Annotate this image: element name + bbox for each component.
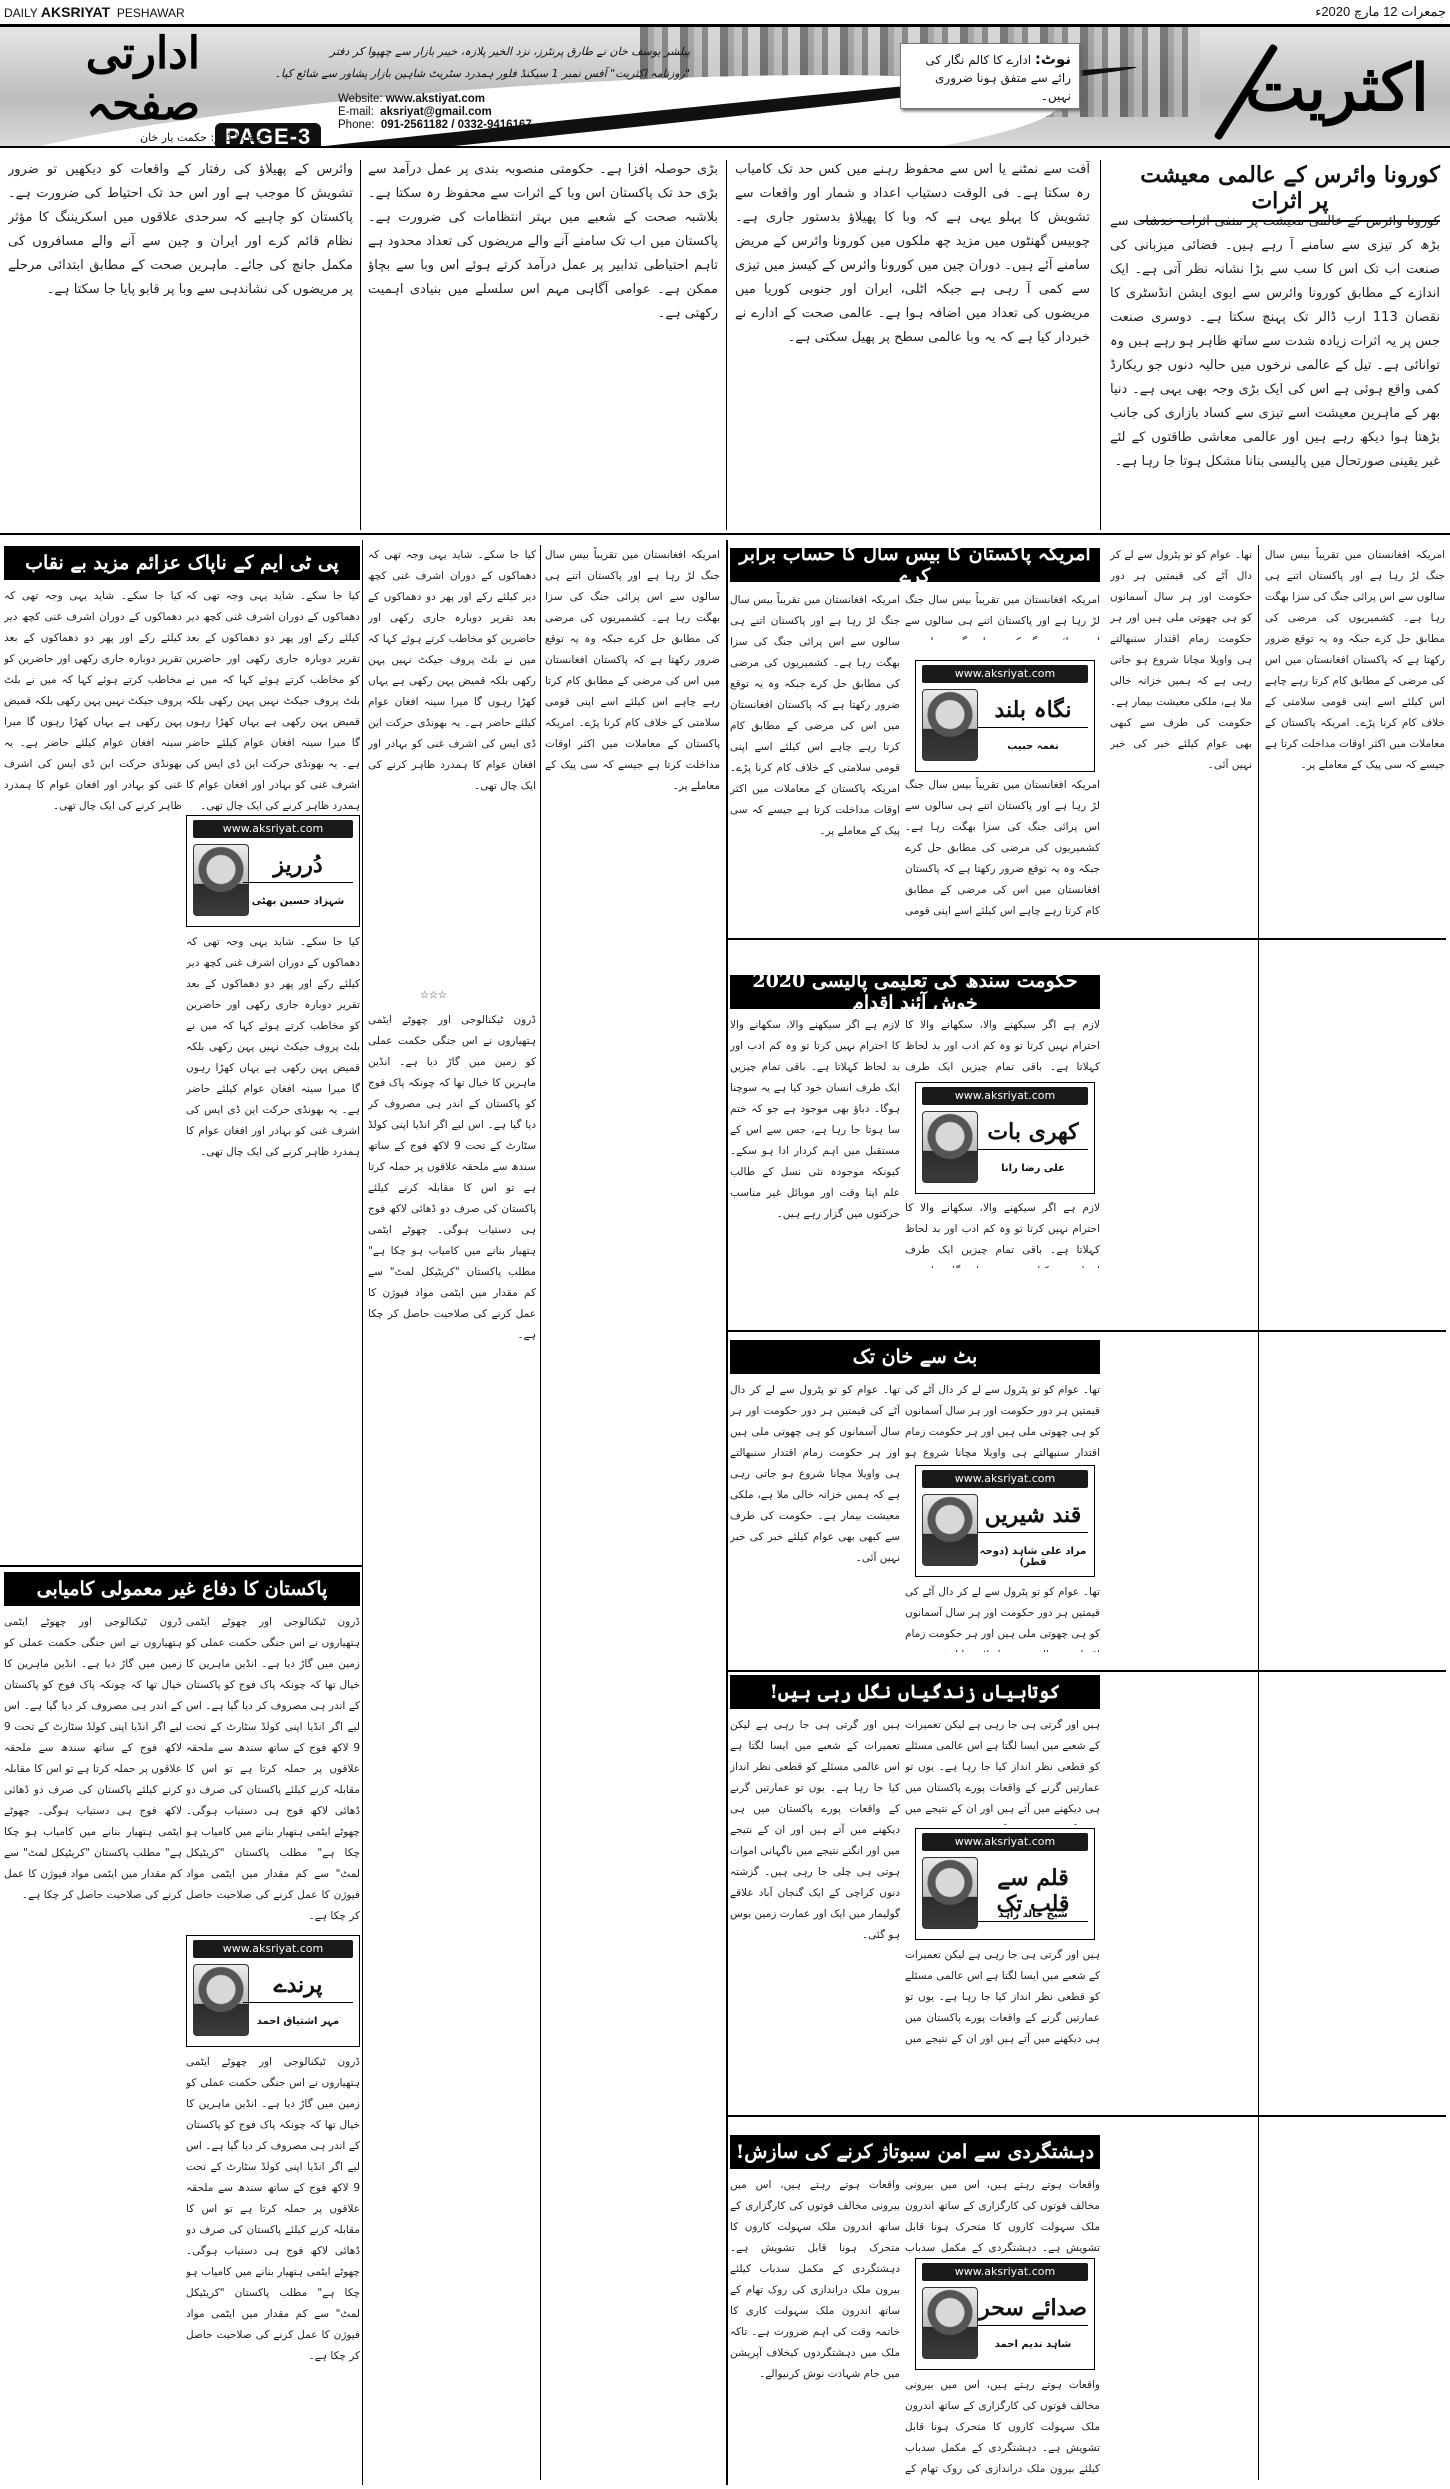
website-banner: www.aksriyat.com [193,820,353,838]
publisher-info: پبلشر یوسف خان نے طارق پرنٹرز، نزد الخیر… [250,41,690,85]
article-dehshat-text-b: واقعات ہوتے رہتے ہیں، اس میں بیرونی مخال… [905,2175,1100,2255]
disclaimer-note: نوٹ: ادارے کا کالم نگار کی رائے سے متفق … [900,43,1080,109]
email-link[interactable]: aksriyat@gmail.com [380,106,492,118]
section-divider [726,2115,1446,2117]
column-card-durr-rez: www.aksriyat.com دُرریز شہزاد حسین بھٹی [186,815,360,927]
section-divider [726,938,1446,940]
lead-column-3: بڑی حوصلہ افزا ہے۔ حکومتی منصوبہ بندی پر… [368,158,718,530]
article-ptm-text-b: کیا جا سکے۔ شاید یہی وجہ تھی کہ دھماکوں … [186,586,360,811]
section-divider [0,1565,362,1567]
article-ptm-text-c: کیا جا سکے۔ شاید یہی وجہ تھی کہ دھماکوں … [186,932,360,1547]
continuation-column-right: امریکہ افغانستان میں تقریباً بیس سال جنگ… [1265,545,1445,2480]
article-dehshat-text-a: واقعات ہوتے رہتے ہیں، اس میں بیرونی مخال… [730,2175,900,2480]
column-card-nigah-buland: www.aksriyat.com نگاہ بلند نغمہ حبیب [915,660,1095,772]
column-name: دُرریز [243,852,353,883]
author-name: شہزاد حسین بھٹی [243,896,353,907]
email-label: E-mail: [338,106,374,118]
publisher-line-1: پبلشر یوسف خان نے طارق پرنٹرز، نزد الخیر… [250,41,690,63]
headline-dehshatgardi: دہشتگردی سے امن سبوتاژ کرنے کی سازش! [730,2135,1100,2169]
article-butt-text-c: تھا۔ عوام کو تو پٹرول سے لے کر دال آٹے ک… [905,1582,1100,1652]
issue-date: جمعرات 12 مارچ 2020ء [1315,4,1446,20]
author-name: شیخ خالد زاہد [978,1909,1088,1920]
website-banner: www.aksriyat.com [922,1470,1088,1488]
article-defence-text-b: ڈرون ٹیکنالوجی اور چھوٹے ایٹمی ہتھیاروں … [186,1612,360,1932]
section-divider [726,1330,1446,1332]
column-card-qand-shireen: www.aksriyat.com قند شیریں مراد علی شاہد… [915,1465,1095,1577]
website-banner: www.aksriyat.com [922,665,1088,683]
author-photo [922,1111,978,1183]
continuation-column-mid-a: امریکہ افغانستان میں تقریباً بیس سال جنگ… [545,545,720,2480]
lead-column-4: وائرس کے پھیلاؤ کی رفتار کے واقعات کو دی… [8,158,353,530]
column-name: کھری بات [978,1119,1088,1150]
website-banner: www.aksriyat.com [922,2263,1088,2281]
paper-identity: DAILY AKSRIYAT PESHAWAR [4,4,185,20]
headline-america-pakistan: امریکہ پاکستان کا بیس سال کا حساب برابر … [730,548,1100,582]
city-label: PESHAWAR [117,6,185,20]
article-sindh-text-b: لازم ہے اگر سیکھنے والا، سکھانے والا کا … [905,1015,1100,1075]
top-line: DAILY AKSRIYAT PESHAWAR جمعرات 12 مارچ 2… [0,0,1450,24]
author-photo [193,844,249,916]
headline-ptm: پی ٹی ایم کے ناپاک عزائم مزید بے نقاب [4,546,360,580]
author-name: علی رضا رانا [978,1163,1088,1174]
note-label: نوٹ: [1035,50,1071,68]
column-card-khari-baat: www.aksriyat.com کھری بات علی رضا رانا [915,1082,1095,1194]
website-banner: www.aksriyat.com [922,1833,1088,1851]
phone-number: 091-2561182 / 0332-9416167 [381,119,532,131]
website-banner: www.aksriyat.com [193,1940,353,1958]
section-stars: ☆☆☆ [420,990,447,1001]
article-kotahiyan-text-a: ہیں اور گرتی ہی جا رہی ہے لیکن تعمیرات ک… [730,1715,900,2050]
column-divider [540,545,541,2480]
chief-editor: چیف ایڈیٹر: حکمت یار خان [140,131,264,144]
author-name: مراد علی شاہد (دوحہ قطر) [978,1546,1088,1568]
article-butt-text-b: تھا۔ عوام کو تو پٹرول سے لے کر دال آٹے ک… [905,1380,1100,1460]
author-photo [193,1964,249,2036]
column-card-parinday: www.aksriyat.com پرندے مہر اشتیاق احمد [186,1935,360,2047]
daily-label: DAILY [4,6,38,20]
website-label: Website: [338,93,383,105]
column-name: صدائے سحر [978,2295,1088,2326]
column-divider [1100,160,1101,530]
article-defence-text-c: ڈرون ٹیکنالوجی اور چھوٹے ایٹمی ہتھیاروں … [186,2052,360,2482]
website-banner: www.aksriyat.com [922,1087,1088,1105]
masthead: اکثریت نوٹ: ادارے کا کالم نگار کی رائے س… [0,24,1450,148]
lead-column-1: کورونا وائرس کے عالمی معیشت پر منفی اثرا… [1110,210,1440,530]
lead-column-2: آفت سے نمٹنے یا اس سے محفوظ رہنے میں کس … [735,158,1090,530]
newspaper-logo: اکثریت [1252,31,1422,145]
headline-pakistan-defence: پاکستان کا دفاع غیر معمولی کامیابی [4,1572,360,1606]
author-name: شاہد ندیم احمد [978,2339,1088,2350]
article-kotahiyan-text-c: ہیں اور گرتی ہی جا رہی ہے لیکن تعمیرات ک… [905,1945,1100,2050]
column-name: قند شیریں [978,1502,1088,1533]
column-card-sadaye-sehar: www.aksriyat.com صدائے سحر شاہد ندیم احم… [915,2258,1095,2370]
article-butt-text-a: تھا۔ عوام کو تو پٹرول سے لے کر دال آٹے ک… [730,1380,900,1650]
website-link[interactable]: www.akstiyat.com [386,93,485,105]
headline-sindh-education: حکومت سندھ کی تعلیمی پالیسی 2020 خوش آئن… [730,975,1100,1009]
brand-label: AKSRIYAT [41,4,110,20]
section-divider [726,1670,1446,1672]
author-photo [922,1494,978,1566]
column-divider [1258,545,1259,2480]
column-name: نگاہ بلند [978,697,1088,728]
headline-kotahiyan: کوتاہیاں زندگیاں نگل رہی ہیں! [730,1675,1100,1709]
article-defence-text-a: ڈرون ٹیکنالوجی اور چھوٹے ایٹمی ہتھیاروں … [4,1612,182,2482]
article-america-text-c: امریکہ افغانستان میں تقریباً بیس سال جنگ… [905,775,1100,925]
author-photo [922,1857,978,1929]
article-sindh-text-c: لازم ہے اگر سیکھنے والا، سکھانے والا کا … [905,1198,1100,1268]
article-america-text-b: امریکہ افغانستان میں تقریباً بیس سال جنگ… [905,590,1100,640]
author-name: مہر اشتیاق احمد [243,2016,353,2027]
headline-butt-se-khan-tak: بٹ سے خان تک [730,1340,1100,1374]
author-photo [922,689,978,761]
column-divider [360,160,361,530]
column-divider [726,160,727,530]
phone-label: Phone: [338,119,374,131]
article-dehshat-text-c: واقعات ہوتے رہتے ہیں، اس میں بیرونی مخال… [905,2375,1100,2480]
publisher-line-2: "روزنامہ اکثریت" آفس نمبر 1 سیکنڈ فلور ہ… [250,63,690,85]
continuation-column-mid-c: ڈرون ٹیکنالوجی اور چھوٹے ایٹمی ہتھیاروں … [368,1010,536,2480]
note-text-1: ادارے کا کالم نگار کی [925,53,1031,67]
article-ptm-text-a: کیا جا سکے۔ شاید یہی وجہ تھی کہ دھماکوں … [4,586,182,1546]
author-photo [922,2287,978,2359]
section-title: ادارتی صفحہ [10,31,200,127]
page-center-divider [726,540,728,2485]
article-kotahiyan-text-b: ہیں اور گرتی ہی جا رہی ہے لیکن تعمیرات ک… [905,1715,1100,1825]
article-sindh-text-a: لازم ہے اگر سیکھنے والا، سکھانے والا کا … [730,1015,900,1265]
article-america-text-a: امریکہ افغانستان میں تقریباً بیس سال جنگ… [730,590,900,920]
contact-info: Website: www.akstiyat.com E-mail: aksriy… [338,93,532,132]
author-name: نغمہ حبیب [978,741,1088,752]
continuation-column-mid-b: کیا جا سکے۔ شاید یہی وجہ تھی کہ دھماکوں … [368,545,536,985]
note-text-2: رائے سے متفق ہونا ضروری نہیں۔ [935,71,1071,103]
continuation-column-right-2: تھا۔ عوام کو تو پٹرول سے لے کر دال آٹے ک… [1110,545,1252,2480]
column-card-qalam-se-qalb-tak: www.aksriyat.com قلم سے قلب تک شیخ خالد … [915,1828,1095,1940]
column-divider [362,540,363,2485]
lead-editorial: کورونا وائرس کے عالمی معیشت پر اثرات کور… [0,150,1450,535]
column-name: پرندے [243,1972,353,2003]
